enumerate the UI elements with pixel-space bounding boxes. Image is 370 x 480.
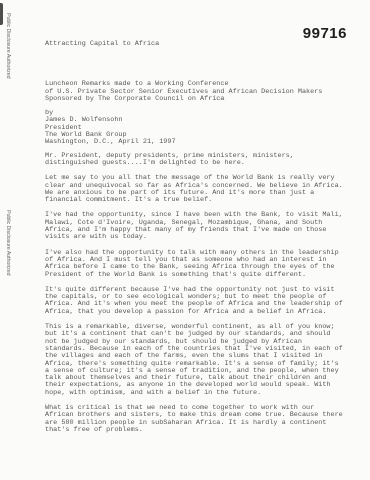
conference-header: Luncheon Remarks made to a Working Confe… <box>45 81 355 103</box>
paragraph-salutation: Mr. President, deputy presidents, prime … <box>45 153 355 168</box>
document-page: Public Disclosure Authorized Public Disc… <box>0 0 370 480</box>
public-disclosure-stamp: Public Disclosure Authorized <box>5 13 11 79</box>
document-body: Attracting Capital to Africa Luncheon Re… <box>45 41 355 442</box>
document-title: Attracting Capital to Africa <box>45 41 355 48</box>
paragraph-continent: This is a remarkable, diverse, wonderful… <box>45 324 355 397</box>
paragraph-message: Let me say to you all that the message o… <box>45 175 355 204</box>
paragraph-visits: I've had the opportunity, since I have b… <box>45 212 355 241</box>
scan-artifact <box>0 3 3 25</box>
paragraph-critical: What is critical is that we need to come… <box>45 405 355 434</box>
byline: by James D. Wolfensohn President The Wor… <box>45 110 355 146</box>
paragraph-people: It's quite different because I've had th… <box>45 287 355 316</box>
paragraph-leadership: I've also had the opportunity to talk wi… <box>45 250 355 279</box>
document-number: 99716 <box>303 25 347 42</box>
public-disclosure-stamp: Public Disclosure Authorized <box>5 210 11 276</box>
